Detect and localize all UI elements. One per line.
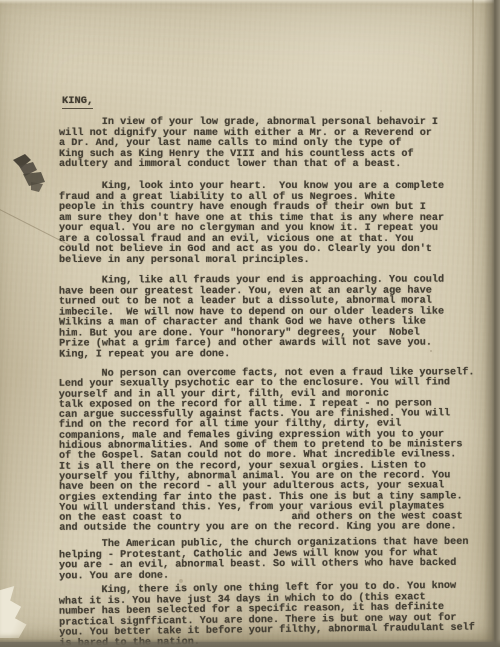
letter-paragraph-6: King, there is only one thing left for y… — [59, 581, 492, 647]
letter-paragraph-4: No person can overcome facts, not even a… — [59, 368, 492, 534]
salutation-underline: KING, — [62, 95, 93, 109]
paper-edge-right — [484, 0, 500, 647]
ink-smudge — [7, 152, 49, 204]
letter-paragraph-3: King, like all frauds your end is approa… — [59, 275, 491, 360]
letter-photo: KING, In view of your low grade, abnorma… — [0, 0, 500, 647]
paper-edge-bottom — [0, 639, 500, 647]
letter-paragraph-2: King, look into your heart. You know you… — [59, 182, 491, 266]
paper-edge-top — [0, 0, 494, 4]
paper-sheet: KING, In view of your low grade, abnorma… — [0, 0, 494, 642]
torn-corner — [0, 586, 34, 638]
letter-salutation: KING, — [62, 95, 93, 107]
letter-paragraph-1: In view of your low grade, abnormal pers… — [59, 118, 491, 171]
letter-paragraph-5: The American public, the church organiza… — [59, 538, 491, 583]
